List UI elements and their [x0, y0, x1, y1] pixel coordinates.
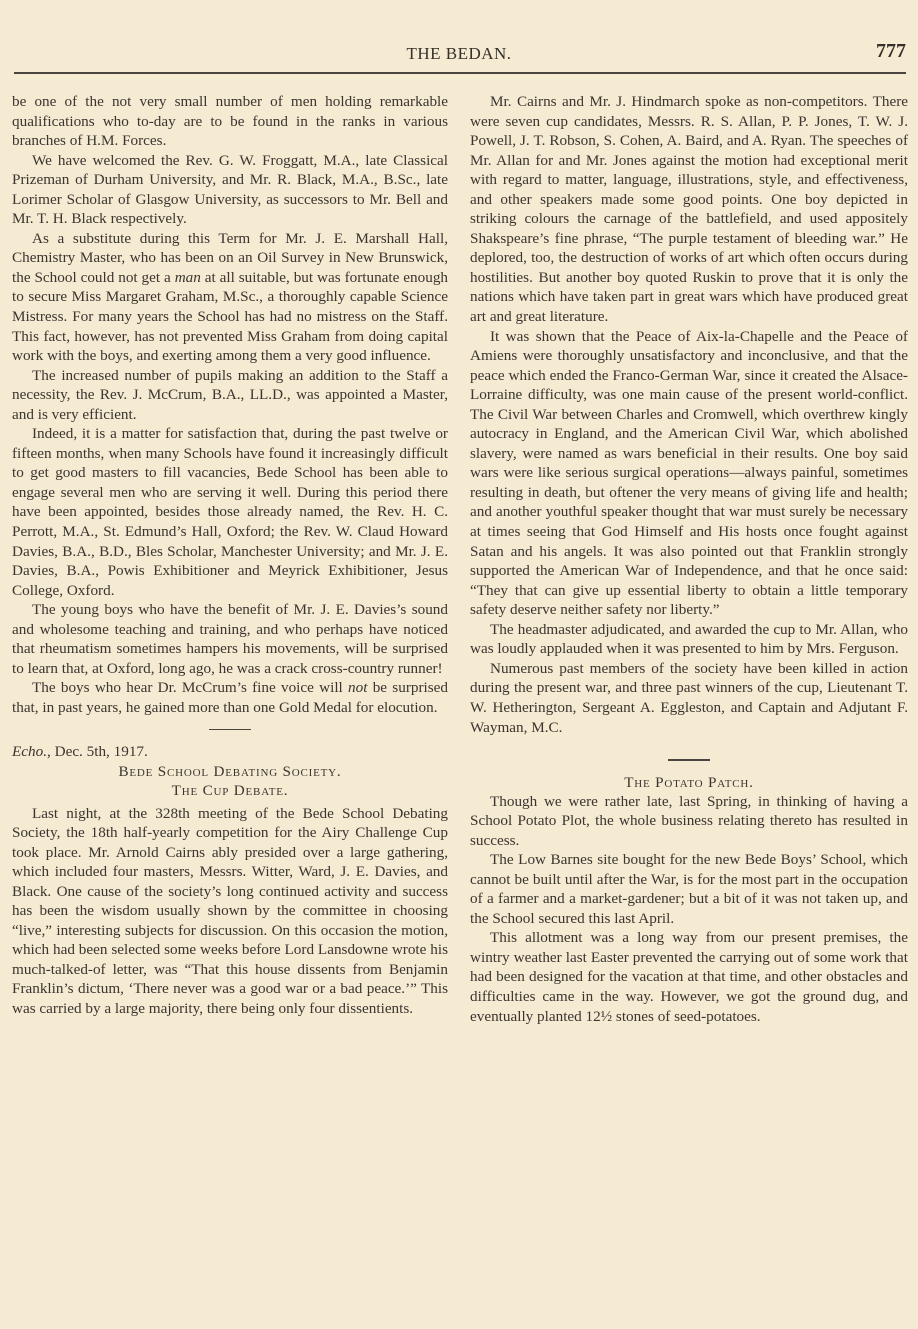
dateline: Echo., Dec. 5th, 1917. — [12, 742, 448, 762]
paragraph: The boys who hear Dr. McCrum’s fine voic… — [12, 678, 448, 717]
page-header: THE BEDAN. 777 — [0, 40, 918, 70]
page-number: 777 — [876, 40, 906, 63]
publication-date: , Dec. 5th, 1917. — [47, 743, 148, 760]
paragraph: Though we were rather late, last Spring,… — [470, 792, 908, 851]
paragraph: Indeed, it is a matter for satisfaction … — [12, 424, 448, 600]
section-divider — [668, 759, 710, 761]
paragraph: This allotment was a long way from our p… — [470, 928, 908, 1026]
section-subheading: The Cup Debate. — [12, 781, 448, 800]
paragraph: Mr. Cairns and Mr. J. Hindmarch spoke as… — [470, 92, 908, 327]
paragraph: be one of the not very small number of m… — [12, 92, 448, 151]
header-rule — [14, 72, 906, 74]
publication-name: Echo. — [12, 743, 47, 760]
paragraph: As a substitute during this Term for Mr.… — [12, 229, 448, 366]
paragraph: The increased number of pupils making an… — [12, 366, 448, 425]
paragraph: Numerous past members of the society hav… — [470, 659, 908, 737]
paragraph: It was shown that the Peace of Aix-la-Ch… — [470, 327, 908, 620]
emphasis-text: man — [175, 269, 201, 286]
paragraph: Last night, at the 328th meeting of the … — [12, 804, 448, 1019]
right-column: Mr. Cairns and Mr. J. Hindmarch spoke as… — [470, 92, 908, 1026]
left-column: be one of the not very small number of m… — [12, 92, 448, 1019]
paragraph: We have welcomed the Rev. G. W. Froggatt… — [12, 151, 448, 229]
paragraph: The Low Barnes site bought for the new B… — [470, 850, 908, 928]
emphasis-text: not — [348, 679, 367, 696]
section-heading: Bede School Debating Society. — [12, 762, 448, 781]
section-divider — [209, 729, 251, 731]
text-run: The boys who hear Dr. McCrum’s fine voic… — [32, 679, 348, 696]
running-title: THE BEDAN. — [0, 44, 918, 64]
paragraph: The headmaster adjudicated, and awarded … — [470, 620, 908, 659]
section-heading: The Potato Patch. — [470, 773, 908, 792]
paragraph: The young boys who have the benefit of M… — [12, 600, 448, 678]
